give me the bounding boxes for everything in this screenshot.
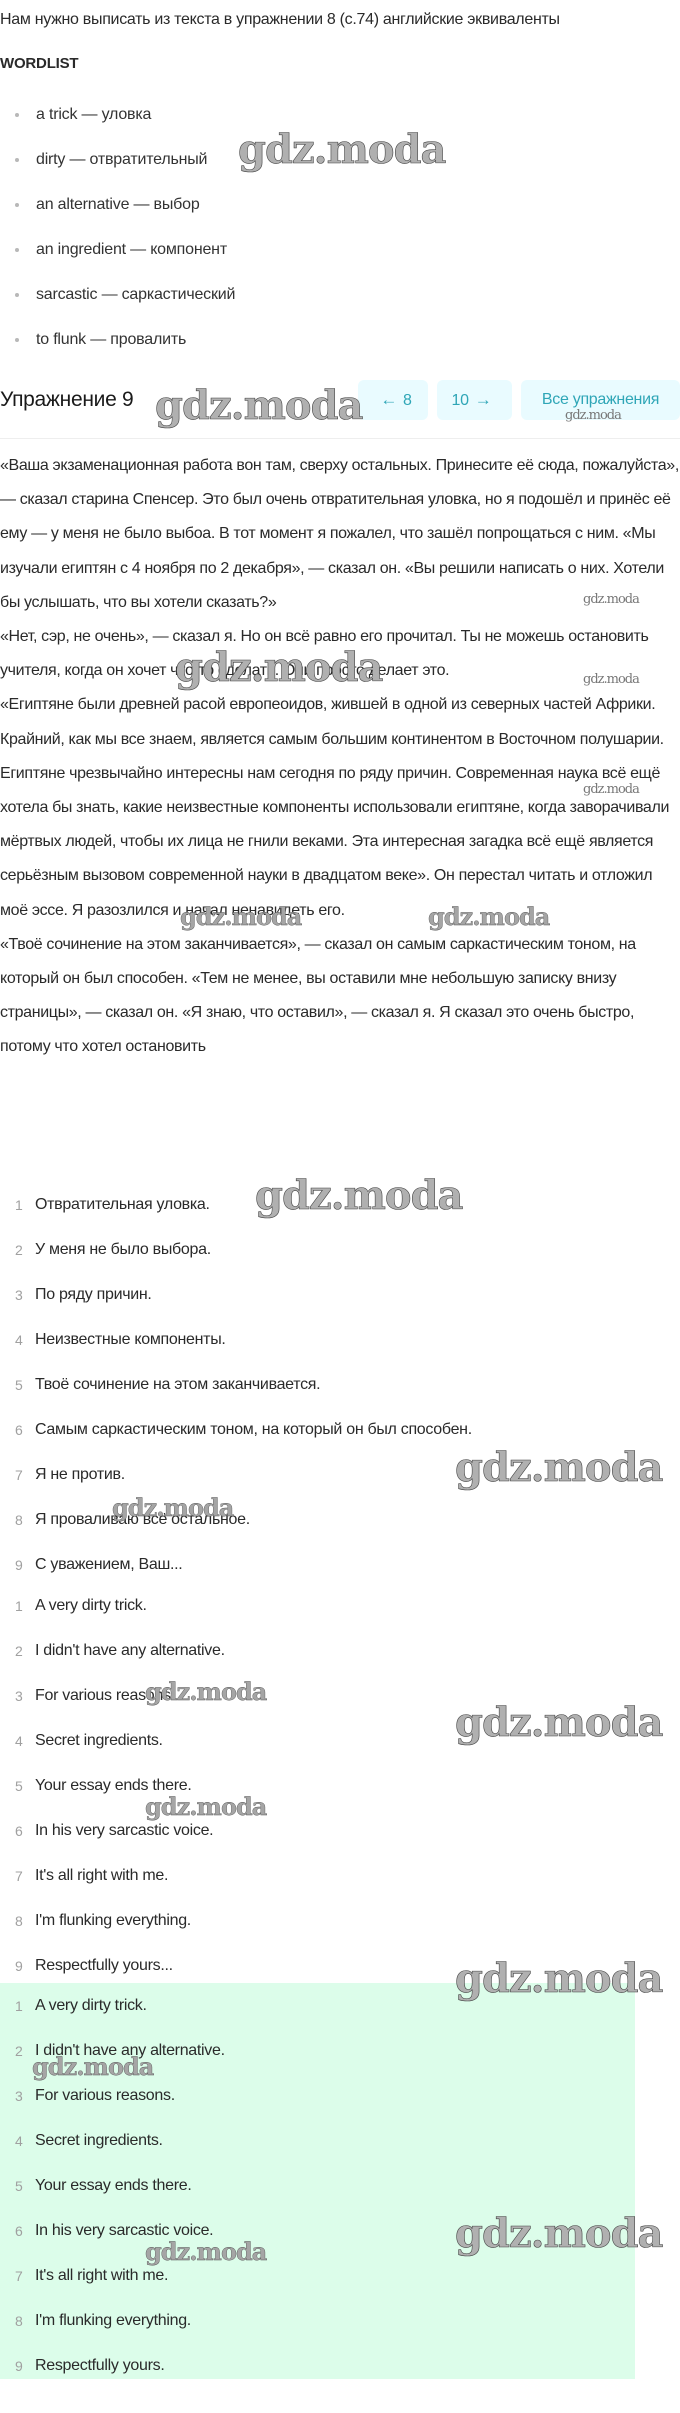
exercise-header: Упражнение 9 ←8 10→ Все упражнения bbox=[0, 380, 680, 439]
answer-list: 1A very dirty trick.2I didn't have any a… bbox=[0, 1994, 225, 2399]
watermark: gdz.moda bbox=[455, 1444, 662, 1491]
item-number: 8 bbox=[15, 2309, 23, 2333]
item-text: I'm flunking everything. bbox=[35, 1912, 191, 1929]
bullet-icon bbox=[15, 113, 19, 117]
wordlist: a trick — уловка dirty — отвратительный … bbox=[0, 103, 235, 373]
item-number: 8 bbox=[15, 1909, 23, 1933]
russian-phrase-list: 1Отвратительная уловка.2У меня не было в… bbox=[0, 1193, 472, 1598]
list-item: 8I'm flunking everything. bbox=[0, 2309, 225, 2354]
all-exercises-button[interactable]: Все упражнения bbox=[521, 380, 680, 420]
list-item: 1Отвратительная уловка. bbox=[0, 1193, 472, 1238]
list-item: 6Самым саркастическим тоном, на который … bbox=[0, 1418, 472, 1463]
item-number: 1 bbox=[15, 1994, 23, 2018]
item-text: С уважением, Ваш... bbox=[35, 1556, 182, 1573]
list-item: 3По ряду причин. bbox=[0, 1283, 472, 1328]
wordlist-item: an alternative — выбор bbox=[0, 193, 235, 238]
list-item: 1A very dirty trick. bbox=[0, 1594, 225, 1639]
item-number: 9 bbox=[15, 2354, 23, 2378]
wordlist-item: to flunk — провалить bbox=[0, 328, 235, 373]
item-number: 8 bbox=[15, 1508, 23, 1532]
item-number: 4 bbox=[15, 1328, 23, 1352]
item-text: I didn't have any alternative. bbox=[35, 2042, 225, 2059]
item-text: In his very sarcastic voice. bbox=[35, 1822, 213, 1839]
item-number: 5 bbox=[15, 1373, 23, 1397]
item-number: 2 bbox=[15, 2039, 23, 2063]
bullet-icon bbox=[15, 293, 19, 297]
item-text: Your essay ends there. bbox=[35, 2177, 191, 2194]
exercise-title: Упражнение 9 bbox=[0, 388, 133, 412]
item-text: Я проваливаю всё остальное. bbox=[35, 1511, 250, 1528]
item-text: I didn't have any alternative. bbox=[35, 1642, 225, 1659]
bullet-icon bbox=[15, 158, 19, 162]
list-item: 5Your essay ends there. bbox=[0, 2174, 225, 2219]
item-number: 7 bbox=[15, 1463, 23, 1487]
item-text: Твоё сочинение на этом заканчивается. bbox=[35, 1376, 320, 1393]
wordlist-item: dirty — отвратительный bbox=[0, 148, 235, 193]
arrow-left-icon: ← bbox=[380, 390, 397, 409]
item-text: I'm flunking everything. bbox=[35, 2312, 191, 2329]
intro-text: Нам нужно выписать из текста в упражнени… bbox=[0, 8, 680, 32]
list-item: 8I'm flunking everything. bbox=[0, 1909, 225, 1954]
item-number: 9 bbox=[15, 1954, 23, 1978]
wordlist-heading: WORDLIST bbox=[0, 55, 78, 72]
list-item: 9С уважением, Ваш... bbox=[0, 1553, 472, 1598]
next-exercise-button[interactable]: 10→ bbox=[437, 380, 512, 420]
bullet-icon bbox=[15, 338, 19, 342]
item-number: 5 bbox=[15, 2174, 23, 2198]
list-item: 2У меня не было выбора. bbox=[0, 1238, 472, 1283]
story-paragraph: «Египтяне были древней расой европеоидов… bbox=[0, 688, 680, 927]
item-number: 3 bbox=[15, 1283, 23, 1307]
list-item: 7It's all right with me. bbox=[0, 1864, 225, 1909]
item-text: Отвратительная уловка. bbox=[35, 1196, 210, 1213]
watermark: gdz.moda bbox=[238, 126, 445, 173]
item-text: Secret ingredients. bbox=[35, 2132, 163, 2149]
prev-exercise-button[interactable]: ←8 bbox=[358, 380, 428, 420]
item-number: 4 bbox=[15, 2129, 23, 2153]
item-number: 6 bbox=[15, 1819, 23, 1843]
story-paragraph: «Нет, сэр, не очень», — сказал я. Но он … bbox=[0, 620, 680, 688]
list-item: 4Secret ingredients. bbox=[0, 1729, 225, 1774]
item-text: A very dirty trick. bbox=[35, 1997, 147, 2014]
list-item: 7Я не против. bbox=[0, 1463, 472, 1508]
item-number: 4 bbox=[15, 1729, 23, 1753]
item-number: 9 bbox=[15, 1553, 23, 1577]
list-item: 8Я проваливаю всё остальное. bbox=[0, 1508, 472, 1553]
item-text: Secret ingredients. bbox=[35, 1732, 163, 1749]
list-item: 6In his very sarcastic voice. bbox=[0, 2219, 225, 2264]
item-number: 7 bbox=[15, 1864, 23, 1888]
item-number: 3 bbox=[15, 1684, 23, 1708]
story-text: «Ваша экзаменационная работа вон там, св… bbox=[0, 449, 680, 1065]
bullet-icon bbox=[15, 248, 19, 252]
list-item: 2I didn't have any alternative. bbox=[0, 1639, 225, 1684]
item-number: 1 bbox=[15, 1594, 23, 1618]
arrow-right-icon: → bbox=[475, 390, 492, 409]
item-text: For various reasons. bbox=[35, 1687, 175, 1704]
list-item: 3For various reasons. bbox=[0, 2084, 225, 2129]
item-number: 2 bbox=[15, 1238, 23, 1262]
item-text: Your essay ends there. bbox=[35, 1777, 191, 1794]
item-text: It's all right with me. bbox=[35, 2267, 168, 2284]
item-text: По ряду причин. bbox=[35, 1286, 152, 1303]
bullet-icon bbox=[15, 203, 19, 207]
list-item: 5Твоё сочинение на этом заканчивается. bbox=[0, 1373, 472, 1418]
wordlist-item: an ingredient — компонент bbox=[0, 238, 235, 283]
item-text: Самым саркастическим тоном, на который о… bbox=[35, 1421, 472, 1438]
story-paragraph: «Ваша экзаменационная работа вон там, св… bbox=[0, 449, 680, 620]
item-number: 2 bbox=[15, 1639, 23, 1663]
english-phrase-list: 1A very dirty trick.2I didn't have any a… bbox=[0, 1594, 225, 1999]
watermark: gdz.moda bbox=[455, 1699, 662, 1746]
item-number: 3 bbox=[15, 2084, 23, 2108]
item-text: A very dirty trick. bbox=[35, 1597, 147, 1614]
list-item: 9Respectfully yours. bbox=[0, 2354, 225, 2399]
item-text: Я не против. bbox=[35, 1466, 125, 1483]
item-text: In his very sarcastic voice. bbox=[35, 2222, 213, 2239]
item-text: For various reasons. bbox=[35, 2087, 175, 2104]
list-item: 6In his very sarcastic voice. bbox=[0, 1819, 225, 1864]
item-text: Respectfully yours... bbox=[35, 1957, 173, 1974]
item-number: 6 bbox=[15, 1418, 23, 1442]
wordlist-item: sarcastic — саркастический bbox=[0, 283, 235, 328]
list-item: 4Неизвестные компоненты. bbox=[0, 1328, 472, 1373]
item-number: 6 bbox=[15, 2219, 23, 2243]
list-item: 3For various reasons. bbox=[0, 1684, 225, 1729]
wordlist-item: a trick — уловка bbox=[0, 103, 235, 148]
item-number: 7 bbox=[15, 2264, 23, 2288]
item-text: Respectfully yours. bbox=[35, 2357, 164, 2374]
list-item: 4Secret ingredients. bbox=[0, 2129, 225, 2174]
item-number: 5 bbox=[15, 1774, 23, 1798]
item-text: Неизвестные компоненты. bbox=[35, 1331, 226, 1348]
item-text: У меня не было выбора. bbox=[35, 1241, 211, 1258]
item-number: 1 bbox=[15, 1193, 23, 1217]
list-item: 2I didn't have any alternative. bbox=[0, 2039, 225, 2084]
list-item: 5Your essay ends there. bbox=[0, 1774, 225, 1819]
list-item: 7It's all right with me. bbox=[0, 2264, 225, 2309]
item-text: It's all right with me. bbox=[35, 1867, 168, 1884]
story-paragraph: «Твоё сочинение на этом заканчивается», … bbox=[0, 928, 680, 1065]
list-item: 1A very dirty trick. bbox=[0, 1994, 225, 2039]
